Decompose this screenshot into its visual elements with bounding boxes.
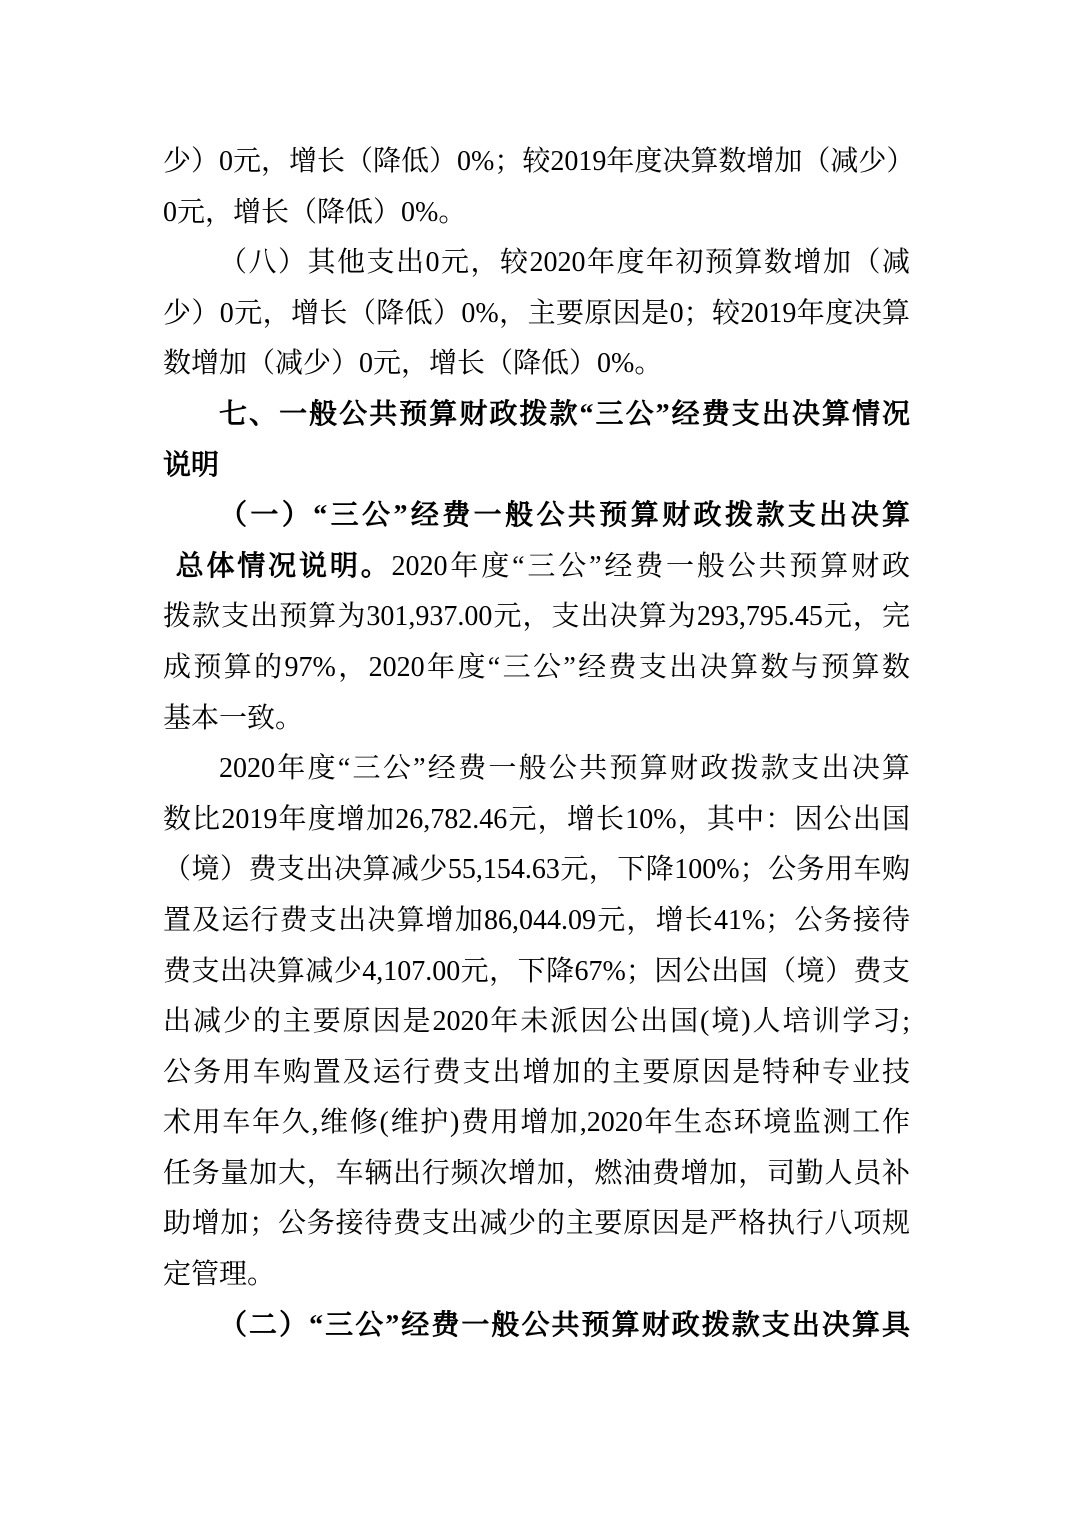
text-line: 公务用车购置及运行费支出增加的主要原因是特种专业技: [163, 1048, 910, 1099]
paragraph-body: 2020年度“三公”经费一般公共预算财政拨款支出决算数比2019年度增加26,7…: [163, 744, 910, 1301]
text-segment: 数增加（减少）0元，增长（降低）0%。: [163, 348, 662, 379]
bold-text-segment: 总体情况说明。: [176, 551, 392, 582]
bold-text-segment: 七、一般公共预算财政拨款“三公”经费支出决算情况: [219, 399, 910, 430]
text-segment: 费支出决算减少4,107.00元，下降67%；因公出国（境）费支: [163, 956, 910, 987]
text-segment: 少）0元，增长（降低）0%；较2019年度决算数增加（减少）: [163, 146, 910, 177]
paragraph-body: （八）其他支出0元，较2020年度年初预算数增加（减少）0元，增长（降低）0%，…: [163, 238, 910, 390]
text-line: 说明: [163, 441, 910, 492]
paragraph-subsection-heading: （二）“三公”经费一般公共预算财政拨款支出决算具: [163, 1301, 910, 1352]
paragraph-section-heading: 七、一般公共预算财政拨款“三公”经费支出决算情况说明: [163, 390, 910, 491]
text-line: 术用车年久,维修(维护)费用增加,2020年生态环境监测工作: [163, 1098, 910, 1149]
text-line: 任务量加大，车辆出行频次增加，燃油费增加，司勤人员补: [163, 1149, 910, 1200]
text-line: 总体情况说明。2020年度“三公”经费一般公共预算财政: [163, 542, 910, 593]
text-segment: 基本一致。: [163, 703, 303, 734]
text-line: 置及运行费支出决算增加86,044.09元，增长41%；公务接待: [163, 896, 910, 947]
paragraph-body-continuation: 少）0元，增长（降低）0%；较2019年度决算数增加（减少）0元，增长（降低）0…: [163, 137, 910, 238]
text-segment: 术用车年久,维修(维护)费用增加,2020年生态环境监测工作: [163, 1107, 910, 1138]
text-segment: 2020年度“三公”经费一般公共预算财政: [392, 551, 910, 582]
bold-text-segment: （一）“三公”经费一般公共预算财政拨款支出决算: [219, 500, 910, 531]
text-line: （境）费支出决算减少55,154.63元，下降100%；公务用车购: [163, 845, 910, 896]
text-line: 少）0元，增长（降低）0%，主要原因是0；较2019年度决算: [163, 289, 910, 340]
text-segment: 助增加；公务接待费支出减少的主要原因是严格执行八项规: [163, 1208, 910, 1239]
text-line: 少）0元，增长（降低）0%；较2019年度决算数增加（减少）: [163, 137, 910, 188]
paragraph-body: （一）“三公”经费一般公共预算财政拨款支出决算总体情况说明。2020年度“三公”…: [163, 491, 910, 744]
text-line: 基本一致。: [163, 694, 910, 745]
document-page: 少）0元，增长（降低）0%；较2019年度决算数增加（减少）0元，增长（降低）0…: [0, 0, 1074, 1520]
text-line: （二）“三公”经费一般公共预算财政拨款支出决算具: [163, 1301, 910, 1352]
text-line: 出减少的主要原因是2020年未派因公出国(境)人培训学习;: [163, 997, 910, 1048]
text-line: 数增加（减少）0元，增长（降低）0%。: [163, 339, 910, 390]
text-segment: （八）其他支出0元，较2020年度年初预算数增加（减: [219, 247, 910, 278]
text-line: 数比2019年度增加26,782.46元，增长10%，其中：因公出国: [163, 795, 910, 846]
text-line: 成预算的97%，2020年度“三公”经费支出决算数与预算数: [163, 643, 910, 694]
text-segment: 2020年度“三公”经费一般公共预算财政拨款支出决算: [219, 753, 910, 784]
text-segment: 定管理。: [163, 1259, 275, 1290]
bold-text-segment: （二）“三公”经费一般公共预算财政拨款支出决算具: [219, 1310, 910, 1341]
text-line: 拨款支出预算为301,937.00元，支出决算为293,795.45元，完: [163, 592, 910, 643]
text-segment: 少）0元，增长（降低）0%，主要原因是0；较2019年度决算: [163, 298, 910, 329]
text-line: 助增加；公务接待费支出减少的主要原因是严格执行八项规: [163, 1199, 910, 1250]
text-segment: 公务用车购置及运行费支出增加的主要原因是特种专业技: [163, 1057, 910, 1088]
text-segment: （境）费支出决算减少55,154.63元，下降100%；公务用车购: [163, 854, 910, 885]
text-line: 2020年度“三公”经费一般公共预算财政拨款支出决算: [163, 744, 910, 795]
text-segment: 0元，增长（降低）0%。: [163, 197, 466, 228]
text-segment: 出减少的主要原因是2020年未派因公出国(境)人培训学习;: [163, 1006, 910, 1037]
text-segment: 置及运行费支出决算增加86,044.09元，增长41%；公务接待: [163, 905, 910, 936]
text-line: （一）“三公”经费一般公共预算财政拨款支出决算: [163, 491, 910, 542]
text-line: 七、一般公共预算财政拨款“三公”经费支出决算情况: [163, 390, 910, 441]
bold-text-segment: 说明: [163, 450, 219, 481]
text-line: 0元，增长（降低）0%。: [163, 188, 910, 239]
text-line: 定管理。: [163, 1250, 910, 1301]
text-line: 费支出决算减少4,107.00元，下降67%；因公出国（境）费支: [163, 947, 910, 998]
text-segment: 数比2019年度增加26,782.46元，增长10%，其中：因公出国: [163, 804, 910, 835]
text-segment: 拨款支出预算为301,937.00元，支出决算为293,795.45元，完: [163, 601, 910, 632]
text-segment: 成预算的97%，2020年度“三公”经费支出决算数与预算数: [163, 652, 910, 683]
text-segment: 任务量加大，车辆出行频次增加，燃油费增加，司勤人员补: [163, 1158, 910, 1189]
text-line: （八）其他支出0元，较2020年度年初预算数增加（减: [163, 238, 910, 289]
